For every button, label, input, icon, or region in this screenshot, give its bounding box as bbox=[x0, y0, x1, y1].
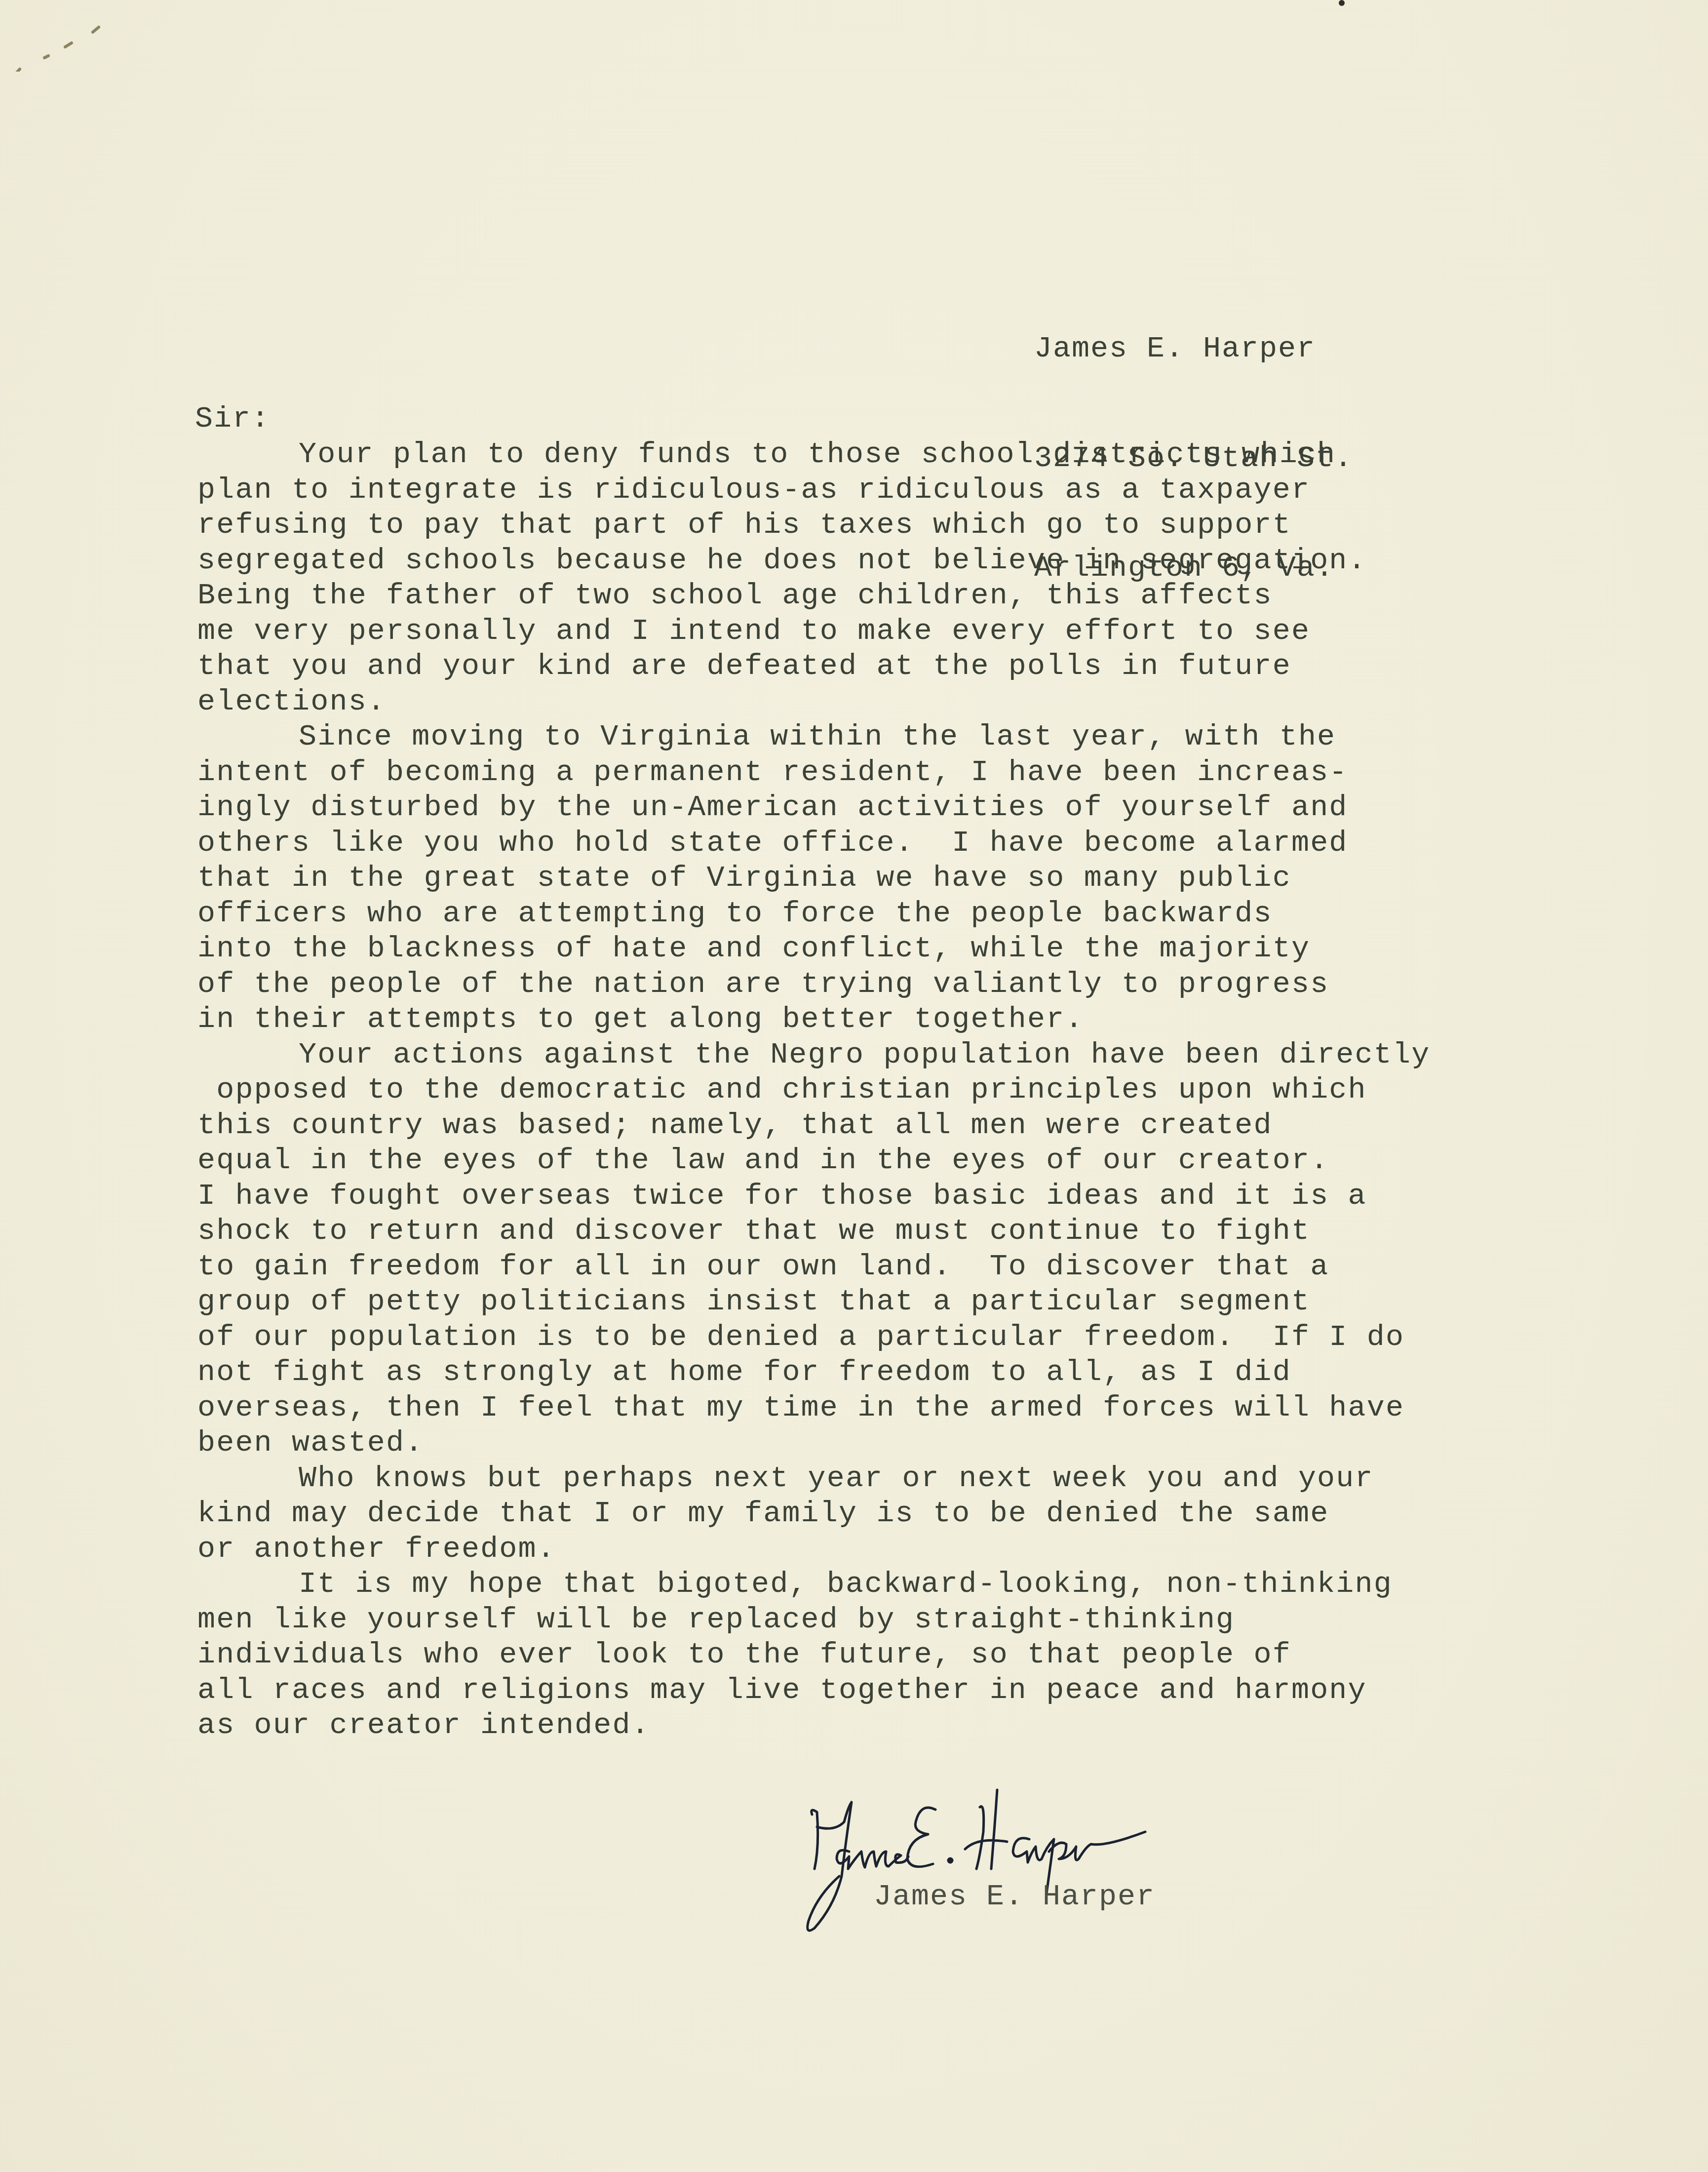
ink-speck bbox=[1339, 0, 1345, 6]
body-line: or another freedom. bbox=[197, 1532, 1629, 1568]
body-line: into the blackness of hate and conflict,… bbox=[197, 932, 1629, 967]
body-line: been wasted. bbox=[197, 1426, 1629, 1461]
typed-signature-name: James E. Harper bbox=[874, 1879, 1155, 1915]
body-line: individuals who ever look to the future,… bbox=[197, 1638, 1629, 1673]
body-line: opposed to the democratic and christian … bbox=[197, 1073, 1629, 1108]
body-line: as our creator intended. bbox=[197, 1708, 1629, 1744]
handwritten-signature bbox=[790, 1777, 1511, 1940]
body-line: not fight as strongly at home for freedo… bbox=[197, 1355, 1629, 1391]
body-line: all races and religions may live togethe… bbox=[197, 1673, 1629, 1709]
body-line: that in the great state of Virginia we h… bbox=[197, 861, 1629, 897]
body-line: in their attempts to get along better to… bbox=[197, 1002, 1629, 1038]
body-line: others like you who hold state office. I… bbox=[197, 826, 1629, 862]
body-line: of our population is to be denied a part… bbox=[197, 1320, 1629, 1356]
body-line: refusing to pay that part of his taxes w… bbox=[197, 508, 1629, 544]
paragraph-first-line: It is my hope that bigoted, backward-loo… bbox=[197, 1567, 1629, 1603]
salutation: Sir: bbox=[195, 401, 270, 437]
body-line: officers who are attempting to force the… bbox=[197, 897, 1629, 932]
body-line: to gain freedom for all in our own land.… bbox=[197, 1250, 1629, 1285]
sender-name: James E. Harper bbox=[1034, 331, 1353, 367]
body-line: men like yourself will be replaced by st… bbox=[197, 1603, 1629, 1638]
body-line: intent of becoming a permanent resident,… bbox=[197, 755, 1629, 791]
body-line: elections. bbox=[197, 685, 1629, 720]
body-line: equal in the eyes of the law and in the … bbox=[197, 1144, 1629, 1179]
body-line: I have fought overseas twice for those b… bbox=[197, 1179, 1629, 1215]
body-line: this country was based; namely, that all… bbox=[197, 1108, 1629, 1144]
body-line: kind may decide that I or my family is t… bbox=[197, 1497, 1629, 1532]
paragraph-first-line: Since moving to Virginia within the last… bbox=[197, 720, 1629, 755]
letter-body: Your plan to deny funds to those school … bbox=[197, 437, 1629, 1744]
body-line: Being the father of two school age child… bbox=[197, 579, 1629, 614]
body-line: of the people of the nation are trying v… bbox=[197, 967, 1629, 1003]
letter-page: James E. Harper 3274 So. Utah St. Arling… bbox=[0, 0, 1708, 2172]
body-line: group of petty politicians insist that a… bbox=[197, 1285, 1629, 1320]
body-line: that you and your kind are defeated at t… bbox=[197, 649, 1629, 685]
paper-mark-icon bbox=[5, 12, 104, 72]
body-line: overseas, then I feel that my time in th… bbox=[197, 1391, 1629, 1426]
body-line: segregated schools because he does not b… bbox=[197, 544, 1629, 579]
body-line: shock to return and discover that we mus… bbox=[197, 1214, 1629, 1250]
paragraph-first-line: Who knows but perhaps next year or next … bbox=[197, 1461, 1629, 1497]
body-line: plan to integrate is ridiculous-as ridic… bbox=[197, 473, 1629, 509]
paragraph-first-line: Your plan to deny funds to those school … bbox=[197, 437, 1629, 473]
paragraph-first-line: Your actions against the Negro populatio… bbox=[197, 1038, 1629, 1073]
body-line: ingly disturbed by the un-American activ… bbox=[197, 790, 1629, 826]
body-line: me very personally and I intend to make … bbox=[197, 614, 1629, 650]
